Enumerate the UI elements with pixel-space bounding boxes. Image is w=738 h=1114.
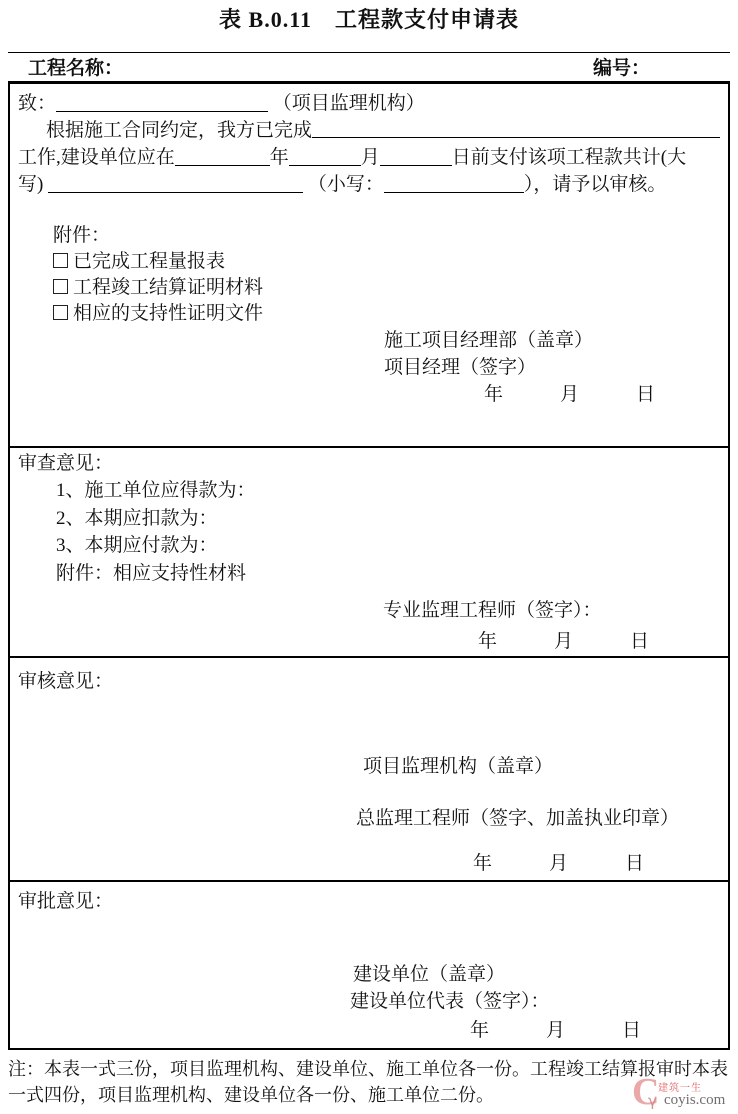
review-item: 2、本期应扣款为：: [56, 505, 720, 533]
project-manager-sign-line: 项目经理（签字）: [384, 354, 720, 381]
year-label: 年: [270, 147, 289, 168]
intro-text: 根据施工合同约定，我方已完成: [46, 117, 312, 144]
month-label: 月: [361, 147, 380, 168]
review-section: 审查意见： 1、施工单位应得款为： 2、本期应扣款为： 3、本期应付款为： 附件…: [10, 448, 728, 658]
project-name-label: 工程名称：: [8, 57, 123, 81]
supervisor-org-field[interactable]: [56, 93, 268, 112]
form-header-row: 工程名称： 编号：: [8, 52, 730, 81]
month-field[interactable]: [289, 147, 361, 166]
year-field[interactable]: [175, 147, 270, 166]
checkbox-icon[interactable]: [53, 305, 68, 320]
owner-representative-sign-line: 建设单位代表（签字）：: [350, 988, 720, 1015]
due-date-prefix: 工作,建设单位应在: [18, 147, 175, 168]
attachments-label: 附件：: [53, 222, 720, 249]
footnote: 注：本表一式三份，项目监理机构、建设单位、施工单位各一份。工程竣工结算报审时本表…: [8, 1056, 730, 1108]
date-line: 年 月 日: [473, 850, 720, 877]
due-date-line: 工作,建设单位应在年月日前支付该项工程款共计(大: [18, 144, 720, 171]
day-field[interactable]: [380, 147, 452, 166]
to-label: 致：: [18, 93, 56, 114]
amount-figures-field[interactable]: [384, 174, 524, 193]
contractor-signature-block: 施工项目经理部（盖章） 项目经理（签字） 年 月 日: [384, 327, 720, 408]
amount-prefix: 写): [18, 174, 43, 195]
date-line: 年 月 日: [478, 628, 720, 655]
form-number-label: 编号：: [593, 57, 730, 81]
audit-section: 审核意见： 项目监理机构（盖章） 总监理工程师（签字、加盖执业印章） 年 月 日: [10, 658, 728, 882]
supervision-org-stamp-line: 项目监理机构（盖章）: [363, 753, 720, 780]
org-hint: （项目监理机构）: [273, 93, 425, 114]
amount-suffix: ），请予以审核。: [524, 174, 667, 195]
review-section-title: 审查意见：: [18, 450, 720, 477]
attachment-item: 已完成工程量报表: [53, 249, 720, 275]
review-item: 附件：相应支持性材料: [56, 560, 720, 588]
audit-section-title: 审核意见：: [18, 668, 720, 695]
completed-work-field[interactable]: [312, 117, 720, 138]
due-date-suffix: 日前支付该项工程款共计(大: [452, 147, 686, 168]
date-line: 年 月 日: [384, 381, 720, 408]
payment-application-form: 表 B.0.11 工程款支付申请表 工程名称： 编号： 致： （项目监理机构） …: [0, 6, 738, 1114]
to-line: 致： （项目监理机构）: [18, 90, 720, 117]
attachment-item: 工程竣工结算证明材料: [53, 275, 720, 301]
review-items: 1、施工单位应得款为： 2、本期应扣款为： 3、本期应付款为： 附件：相应支持性…: [56, 477, 720, 587]
attachment-item: 相应的支持性证明文件: [53, 301, 720, 327]
completed-work-line: 根据施工合同约定，我方已完成: [18, 117, 720, 144]
approval-section-title: 审批意见：: [18, 888, 720, 915]
application-section: 致： （项目监理机构） 根据施工合同约定，我方已完成 工作,建设单位应在年月日前…: [10, 84, 728, 448]
attachment-item-label: 已完成工程量报表: [73, 251, 225, 272]
approval-section: 审批意见： 建设单位（盖章） 建设单位代表（签字）： 年 月 日: [10, 882, 728, 1048]
review-item: 3、本期应付款为：: [56, 532, 720, 560]
attachment-item-label: 相应的支持性证明文件: [73, 303, 263, 324]
checkbox-icon[interactable]: [53, 279, 68, 294]
amount-words-field[interactable]: [48, 174, 303, 193]
review-item: 1、施工单位应得款为：: [56, 477, 720, 505]
amount-line: 写) （小写：），请予以审核。: [18, 171, 720, 198]
contractor-stamp-line: 施工项目经理部（盖章）: [384, 327, 720, 354]
date-line: 年 月 日: [470, 1017, 720, 1044]
owner-stamp-line: 建设单位（盖章）: [353, 961, 720, 988]
attachment-item-label: 工程竣工结算证明材料: [73, 277, 263, 298]
form-table: 致： （项目监理机构） 根据施工合同约定，我方已完成 工作,建设单位应在年月日前…: [8, 81, 730, 1050]
checkbox-icon[interactable]: [53, 253, 68, 268]
lowercase-label: （小写：: [308, 174, 384, 195]
supervising-engineer-sign-line: 专业监理工程师（签字）：: [383, 597, 720, 624]
chief-engineer-sign-line: 总监理工程师（签字、加盖执业印章）: [356, 805, 720, 832]
page-title: 表 B.0.11 工程款支付申请表: [0, 6, 738, 34]
